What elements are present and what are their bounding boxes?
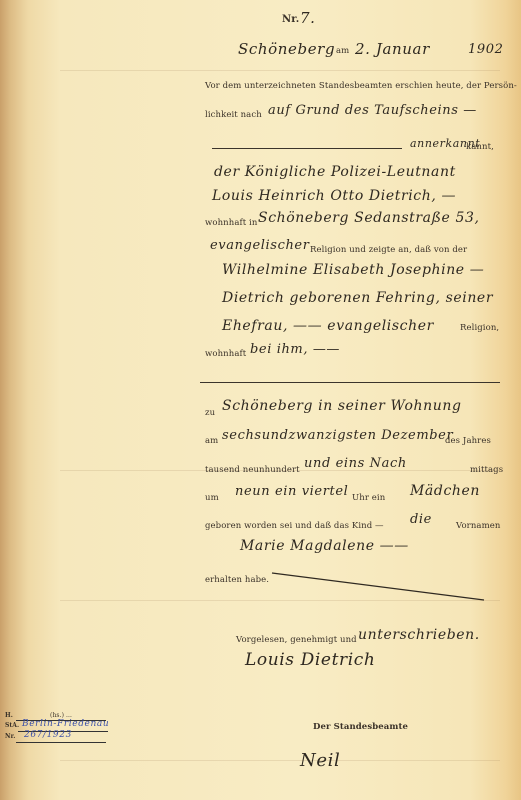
place: Schöneberg xyxy=(238,40,335,58)
printed-line: Vor dem unterzeichneten Standesbeamten e… xyxy=(205,81,517,91)
margin-line1: (hs.) ... xyxy=(50,712,72,719)
child-sex: Mädchen xyxy=(410,483,480,499)
article: die xyxy=(410,512,432,527)
informant-signature: Louis Dietrich xyxy=(245,650,375,670)
printed-label: wohnhaft in xyxy=(205,218,257,228)
child-given-names: Marie Magdalene —— xyxy=(240,538,409,554)
printed-suffix: Religion, xyxy=(460,323,499,333)
informant-residence: Schöneberg Sedanstraße 53, xyxy=(258,210,480,226)
printed-label: am xyxy=(205,436,218,446)
identification-basis: auf Grund des Taufscheins — xyxy=(268,103,477,118)
printed-suffix: Vornamen xyxy=(456,521,500,531)
birth-time: neun ein viertel xyxy=(235,484,348,499)
day-month: 2. Januar xyxy=(355,40,430,58)
printed-suffix: des Jahres xyxy=(445,436,491,446)
margin-registry-office: Berlin-Friedenau xyxy=(22,719,109,729)
entry-number-label: Nr. xyxy=(282,14,299,25)
registrar-label: Der Standesbeamte xyxy=(313,722,408,732)
birth-date: sechsundzwanzigsten Dezember xyxy=(222,428,453,443)
fill-line xyxy=(212,148,402,149)
birth-register-page: Nr. 7. Schöneberg am 2. Januar 1902 Vor … xyxy=(0,0,521,800)
informant-name: Louis Heinrich Otto Dietrich, — xyxy=(212,188,456,204)
margin-register-number: 267/1923 xyxy=(24,730,72,740)
section-divider xyxy=(200,382,500,383)
printed-suffix: Religion und zeigte an, daß von der xyxy=(310,245,467,255)
background-rule xyxy=(60,760,500,761)
mother-surname: Dietrich geborenen Fehring, seiner xyxy=(222,290,493,306)
entry-number: 7. xyxy=(300,9,316,27)
birth-year-and-period: und eins Nach xyxy=(304,456,407,471)
closing-handwritten: unterschrieben. xyxy=(358,627,480,643)
mother-given-names: Wilhelmine Elisabeth Josephine — xyxy=(222,262,484,278)
date-connector: am xyxy=(336,46,349,56)
printed-label: lichkeit nach xyxy=(205,110,262,120)
registrar-signature: Neil xyxy=(300,750,340,771)
birth-place: Schöneberg in seiner Wohnung xyxy=(222,398,462,414)
informant-religion: evangelischer xyxy=(210,238,310,253)
printed-label: zu xyxy=(205,408,215,418)
mother-religion: Ehefrau, —— evangelischer xyxy=(222,318,434,334)
printed-suffix: mittags xyxy=(470,465,503,475)
printed-label: um xyxy=(205,493,219,503)
margin-rule xyxy=(16,742,106,743)
margin-label: StA. xyxy=(5,722,19,729)
informant-occupation: der Königliche Polizei-Leutnant xyxy=(214,164,456,180)
printed-mid: Uhr ein xyxy=(352,493,385,503)
background-rule xyxy=(60,70,500,71)
margin-label: H. xyxy=(5,712,13,719)
printed-label: tausend neunhundert xyxy=(205,465,300,475)
strikethrough-line xyxy=(270,570,490,610)
printed-label: erhalten habe. xyxy=(205,575,269,585)
printed-label: wohnhaft xyxy=(205,349,246,359)
margin-label: Nr. xyxy=(5,733,15,740)
closing-text: Vorgelesen, genehmigt und xyxy=(236,635,357,645)
mother-residence: bei ihm, —— xyxy=(250,342,340,357)
printed-suffix: kannt, xyxy=(466,142,494,152)
year: 1902 xyxy=(468,42,503,57)
printed-label: geboren worden sei und daß das Kind — xyxy=(205,521,384,531)
